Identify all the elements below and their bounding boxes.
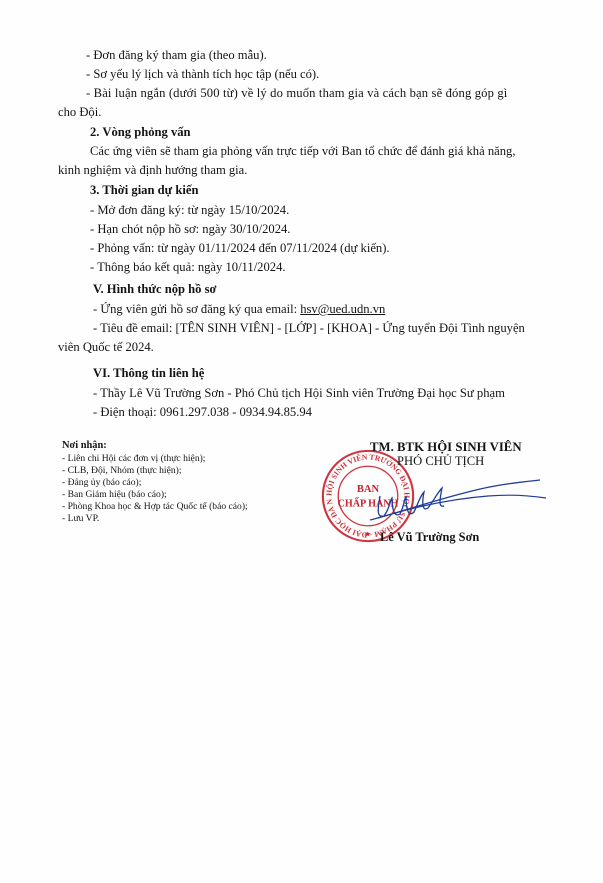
interview-text: Các ứng viên sẽ tham gia phỏng vấn trực … — [90, 144, 515, 159]
submission-subject-continued: viên Quốc tế 2024. — [58, 340, 154, 355]
interview-text-continued: kinh nghiệm và định hướng tham gia. — [58, 163, 247, 178]
submission-subject: - Tiêu đề email: [TÊN SINH VIÊN] - [LỚP]… — [93, 321, 525, 336]
recipient-item: - Phòng Khoa học & Hợp tác Quốc tế (báo … — [62, 501, 248, 513]
handwritten-signature-icon — [368, 478, 548, 528]
contact-person: - Thầy Lê Vũ Trường Sơn - Phó Chủ tịch H… — [93, 386, 505, 401]
section-heading-timeline: 3. Thời gian dự kiến — [90, 183, 198, 198]
section-heading-interview: 2. Vòng phỏng vấn — [90, 125, 191, 140]
recipient-item: - Lưu VP. — [62, 513, 99, 525]
contact-phone: - Điện thoại: 0961.297.038 - 0934.94.85.… — [93, 405, 312, 420]
section-heading-contact: VI. Thông tin liên hệ — [93, 366, 204, 381]
signature-org: TM. BTK HỘI SINH VIÊN — [370, 440, 522, 455]
recipient-item: - Liên chi Hội các đơn vị (thực hiện); — [62, 453, 205, 465]
requirement-item-continued: cho Đội. — [58, 105, 101, 120]
email-link[interactable]: hsv@ued.udn.vn — [300, 302, 385, 316]
submission-email-prefix: - Ứng viên gửi hồ sơ đăng ký qua email: — [93, 302, 300, 316]
timeline-item: - Thông báo kết quả: ngày 10/11/2024. — [90, 260, 286, 275]
section-heading-submission: V. Hình thức nộp hồ sơ — [93, 282, 217, 297]
timeline-item: - Hạn chót nộp hồ sơ: ngày 30/10/2024. — [90, 222, 290, 237]
signature-title: PHÓ CHỦ TỊCH — [397, 454, 484, 469]
recipient-item: - Ban Giám hiệu (báo cáo); — [62, 489, 167, 501]
requirement-item: - Bài luận ngắn (dưới 500 từ) về lý do m… — [86, 86, 507, 101]
submission-email-line: - Ứng viên gửi hồ sơ đăng ký qua email: … — [93, 302, 385, 317]
recipients-heading: Nơi nhận: — [62, 440, 107, 452]
svg-text:★: ★ — [365, 529, 372, 538]
timeline-item: - Mở đơn đăng ký: từ ngày 15/10/2024. — [90, 203, 289, 218]
recipient-item: - CLB, Đội, Nhóm (thực hiện); — [62, 465, 182, 477]
timeline-item: - Phỏng vấn: từ ngày 01/11/2024 đến 07/1… — [90, 241, 390, 256]
requirement-item: - Đơn đăng ký tham gia (theo mẫu). — [86, 48, 267, 63]
recipient-item: - Đảng ủy (báo cáo); — [62, 477, 141, 489]
signatory-name: Lê Vũ Trường Sơn — [380, 530, 479, 545]
requirement-item: - Sơ yếu lý lịch và thành tích học tập (… — [86, 67, 319, 82]
